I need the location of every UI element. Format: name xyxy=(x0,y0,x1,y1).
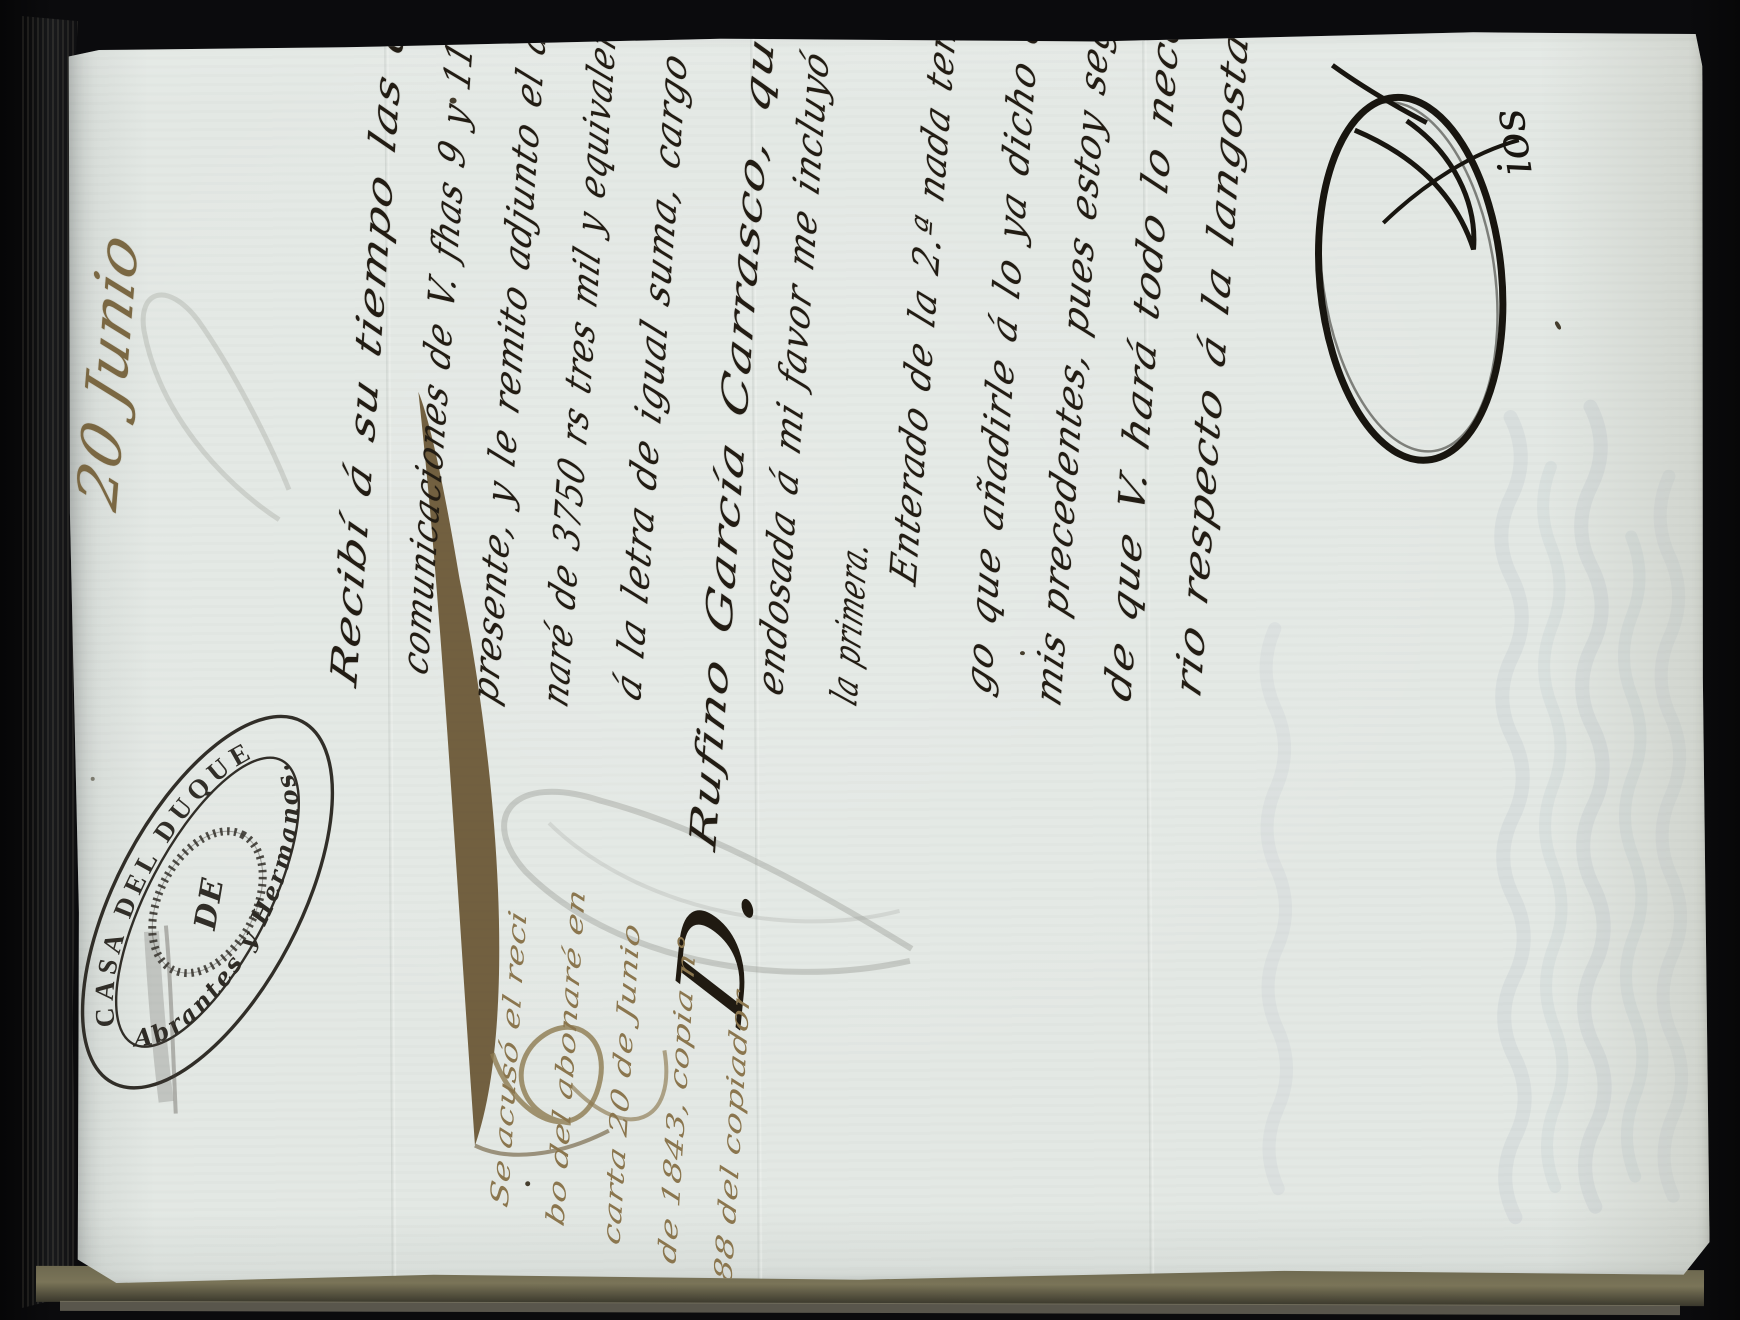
ink-dot xyxy=(91,777,95,781)
pencil-flourish-icon xyxy=(128,270,300,531)
ghost-writing-icon xyxy=(1246,56,1703,1249)
scanner-background: 20 Junio CASA DEL DUQUE Abrantes y xyxy=(0,0,1740,1320)
ink-dot xyxy=(525,1181,530,1186)
ink-dot xyxy=(450,98,457,104)
letter-page: 20 Junio CASA DEL DUQUE Abrantes y xyxy=(66,29,1710,1287)
stamp-center-text: DE xyxy=(188,874,232,933)
letter-line: Enterado de la 2.ª nada ten xyxy=(882,29,964,591)
rotated-letter-content: 20 Junio CASA DEL DUQUE Abrantes y xyxy=(66,29,1708,1287)
letterhead-stamp: CASA DEL DUQUE Abrantes y Hermanos. DE xyxy=(76,691,344,1113)
margin-note: Se acusó el reci bo del abonaré en carta… xyxy=(471,672,784,1287)
ink-dot xyxy=(1020,651,1025,655)
